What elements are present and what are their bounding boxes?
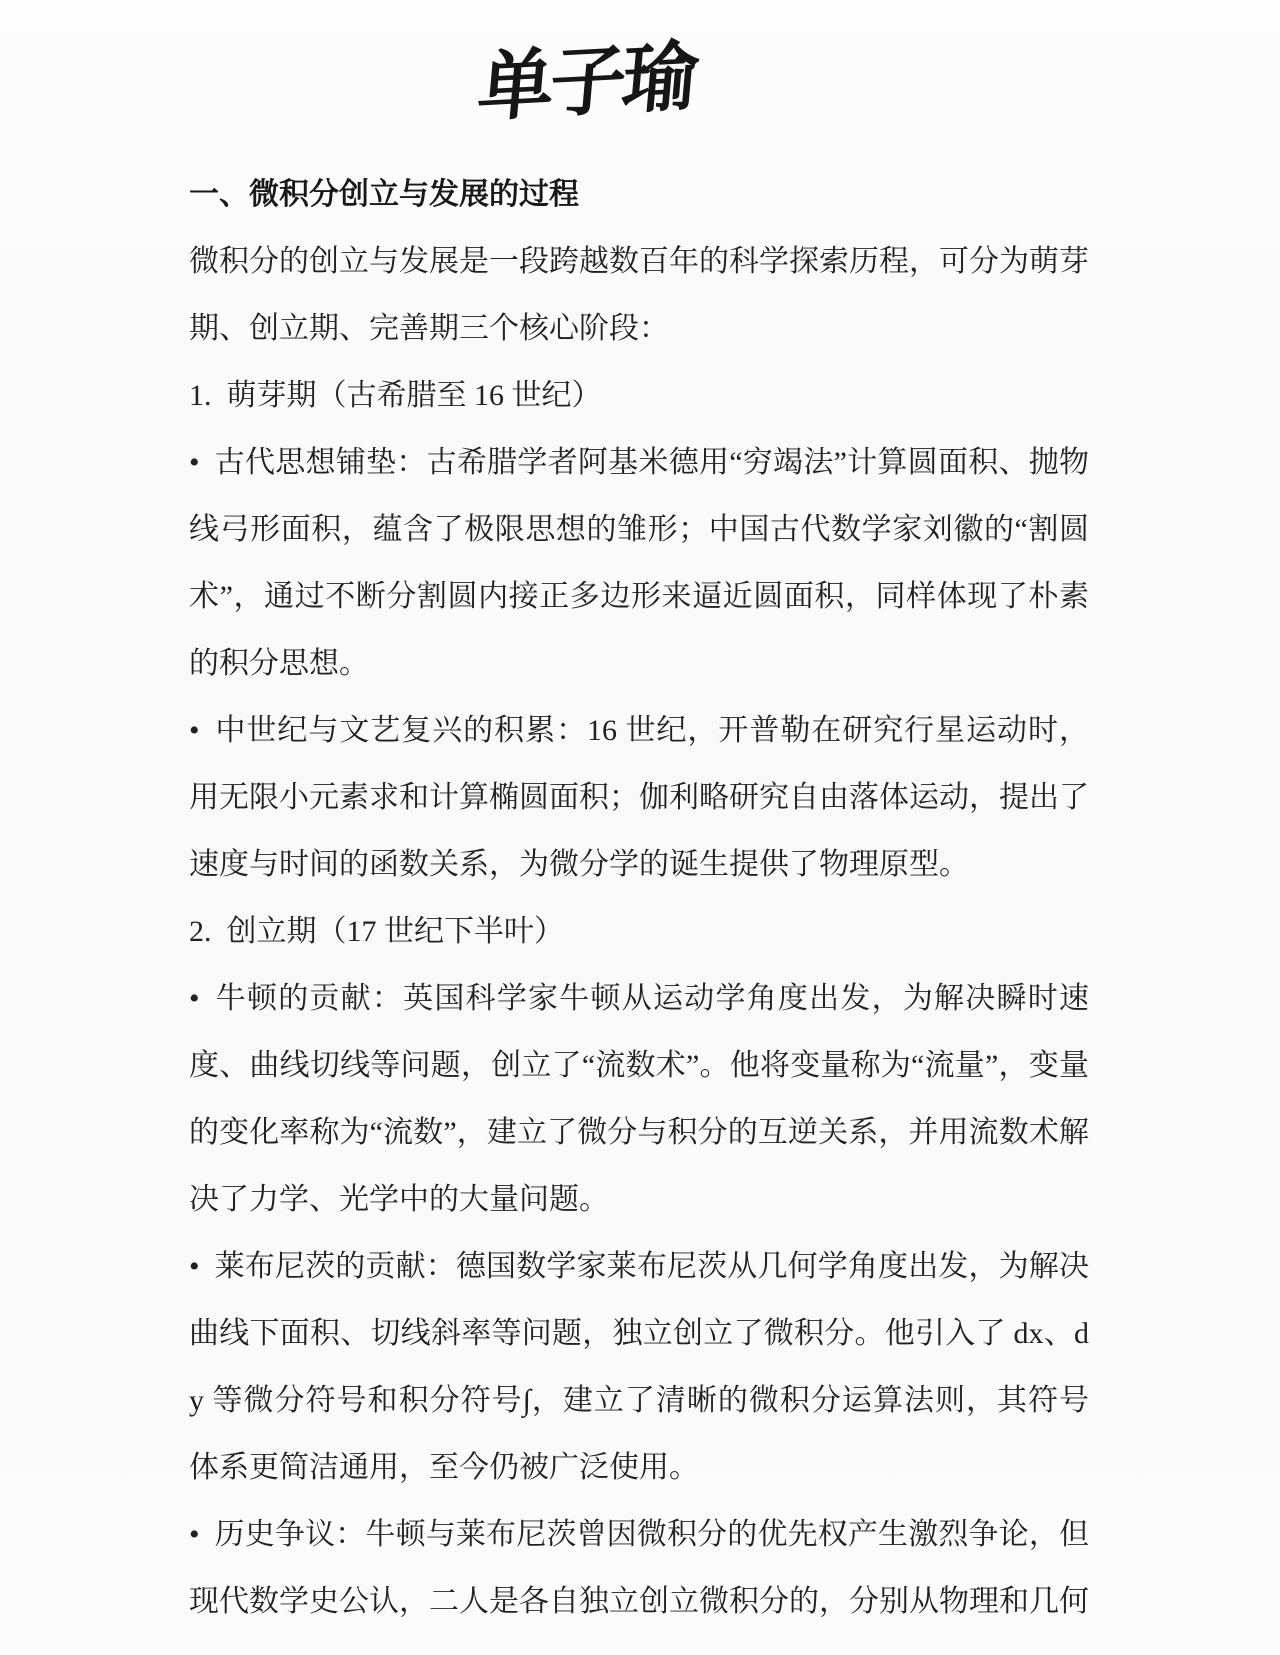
document-page: 单子瑜 一、微积分创立与发展的过程 微积分的创立与发展是一段跨越数百年的科学探索… bbox=[0, 0, 1280, 1655]
stage-1-title: 1. 萌芽期（古希腊至 16 世纪） bbox=[189, 362, 1089, 429]
bullet-ancient-thought: • 古代思想铺垫：古希腊学者阿基米德用“穷竭法”计算圆面积、抛物线弓形面积，蕴含… bbox=[189, 429, 1089, 697]
paragraph-intro: 微积分的创立与发展是一段跨越数百年的科学探索历程，可分为萌芽期、创立期、完善期三… bbox=[189, 228, 1089, 362]
document-body: 一、微积分创立与发展的过程 微积分的创立与发展是一段跨越数百年的科学探索历程，可… bbox=[189, 161, 1089, 1635]
stage-2-title: 2. 创立期（17 世纪下半叶） bbox=[189, 898, 1089, 965]
bullet-historical-controversy: • 历史争议：牛顿与莱布尼茨曾因微积分的优先权产生激烈争论，但现代数学史公认，二… bbox=[189, 1501, 1089, 1635]
handwritten-signature: 单子瑜 bbox=[474, 36, 697, 131]
section-heading: 一、微积分创立与发展的过程 bbox=[189, 161, 1089, 228]
bullet-newton-contribution: • 牛顿的贡献：英国科学家牛顿从运动学角度出发，为解决瞬时速度、曲线切线等问题，… bbox=[189, 965, 1089, 1233]
bullet-leibniz-contribution: • 莱布尼茨的贡献：德国数学家莱布尼茨从几何学角度出发，为解决曲线下面积、切线斜… bbox=[189, 1233, 1089, 1501]
bullet-medieval-renaissance: • 中世纪与文艺复兴的积累：16 世纪，开普勒在研究行星运动时，用无限小元素求和… bbox=[189, 697, 1089, 898]
